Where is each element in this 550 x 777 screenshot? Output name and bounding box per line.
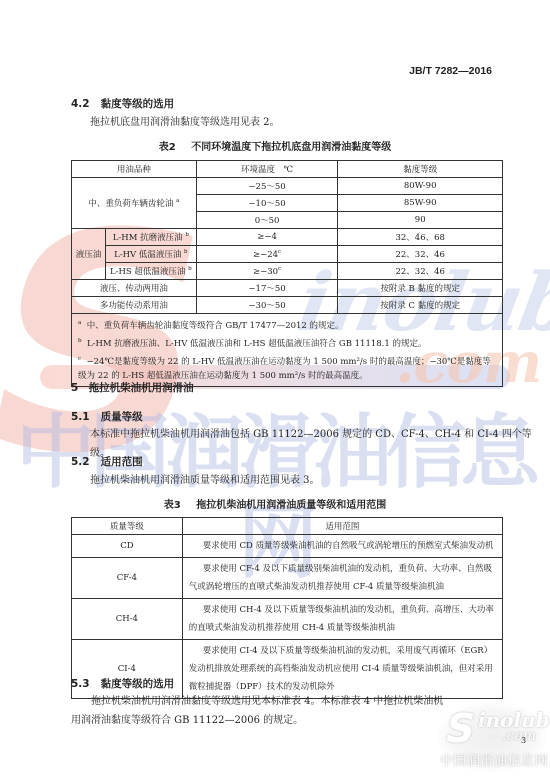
logo-site-name: 中国润滑油信息网 <box>440 750 548 769</box>
section-number: 4.2 <box>71 98 91 110</box>
footnote-mark: c <box>278 266 281 272</box>
table2-caption: 表2 不同环境温度下拖拉机底盘用润滑油黏度等级 <box>0 138 550 153</box>
footnote-mark: a <box>176 198 179 204</box>
column-header: 质量等级 <box>72 518 183 535</box>
oil-type-cell: L-HM 抗磨液压油 b <box>105 229 196 246</box>
footnote-mark: a <box>78 320 81 326</box>
oil-type-cell: 液压、传动两用油 <box>72 280 197 297</box>
scope-cell: 要求使用 CF-4 及以下质量级别柴油机油的发动机，重负荷、大功率、自然吸气或涡… <box>182 558 502 599</box>
grade-cell: 按附录 C 黏度的规定 <box>338 297 503 314</box>
footnote-mark: b <box>184 249 188 255</box>
table-row: CF-4 要求使用 CF-4 及以下质量级别柴油机油的发动机，重负荷、大功率、自… <box>72 558 503 599</box>
scope-cell: 要求使用 CH-4 及以下质量等级柴油机油的发动机，重负荷、高增压、大功率的直喷… <box>182 599 502 640</box>
grade-cell: 85W-90 <box>338 195 503 212</box>
section-5-2-heading: 5.2 适用范围 <box>71 454 143 469</box>
temp-value: ≥−24 <box>253 249 278 259</box>
table-row: L-HV 低温液压油 b ≥−24c 22、32、46 <box>72 246 503 263</box>
section-4-2-heading: 4.2 黏度等级的选用 <box>71 96 174 111</box>
section-5-1-heading: 5.1 质量等级 <box>71 409 143 424</box>
grade-cell: 32、46、68 <box>338 229 503 246</box>
section-title: 黏度等级的选用 <box>101 678 175 690</box>
table-row: 液压油 L-HM 抗磨液压油 b ≥−4 32、46、68 <box>72 229 503 246</box>
site-logo: S inolub .com 中国润滑油信息网 <box>438 702 546 772</box>
table-row: CD 要求使用 CD 质量等级柴油机油的自然吸气或涡轮增压的预燃室式柴油发动机 <box>72 535 503 558</box>
grade-cell: 22、32、46 <box>338 246 503 263</box>
temp-cell: −10～50 <box>196 195 338 212</box>
footnote-text: 中、重负荷车辆齿轮油黏度等级符合 GB/T 17477—2012 的规定。 <box>87 321 344 331</box>
table-row: 中、重负荷车辆齿轮油 a −25～50 80W-90 <box>72 178 503 195</box>
footnote-text: −24℃是黏度等级为 22 的 L-HV 低温液压油在运动黏度为 1 500 m… <box>78 356 491 381</box>
footnote-mark: b <box>78 338 82 344</box>
oil-type-label: L-HS 超低温液压油 <box>110 267 185 277</box>
oil-type-cell: 中、重负荷车辆齿轮油 a <box>72 178 197 229</box>
table-row: 液压、传动两用油 −17～50 按附录 B 黏度的规定 <box>72 280 503 297</box>
footnote-a: a 中、重负荷车辆齿轮油黏度等级符合 GB/T 17477—2012 的规定。 <box>78 316 496 334</box>
scope-text: 要求使用 CH-4 及以下质量等级柴油机油的发动机，重负荷、高增压、大功率的直喷… <box>189 605 494 633</box>
grade-cell: 22、32、46 <box>338 263 503 280</box>
oil-type-cell: L-HV 低温液压油 b <box>105 246 196 263</box>
caption-title: 拖拉机柴油机用润滑油质量等级和适用范围 <box>196 500 386 511</box>
logo-domain: .com <box>502 728 536 744</box>
temp-cell: −25～50 <box>196 178 338 195</box>
column-header: 环境温度 ℃ <box>196 161 338 178</box>
caption-number: 表3 <box>164 500 181 511</box>
table-row: L-HS 超低温液压油 b ≥−30c 22、32、46 <box>72 263 503 280</box>
footnote-mark: c <box>278 249 281 255</box>
oil-type-label: 中、重负荷车辆齿轮油 <box>88 199 173 209</box>
section-title: 黏度等级的选用 <box>101 98 175 110</box>
table-row: CH-4 要求使用 CH-4 及以下质量等级柴油机油的发动机，重负荷、高增压、大… <box>72 599 503 640</box>
grade-cell: CD <box>72 535 183 558</box>
logo-s-letter: S <box>441 706 480 752</box>
table3: 质量等级 适用范围 CD 要求使用 CD 质量等级柴油机油的自然吸气或涡轮增压的… <box>71 517 503 699</box>
column-header: 用油品种 <box>72 161 197 178</box>
table-row: 多功能传动系用油 −30～50 按附录 C 黏度的规定 <box>72 297 503 314</box>
section-title: 拖拉机柴油机用润滑油 <box>89 382 194 394</box>
page-number: 3 <box>521 736 526 745</box>
oil-type-cell: 多功能传动系用油 <box>72 297 197 314</box>
section-5-2-paragraph: 拖拉机柴油机用润滑油质量等级和适用范围见表 3。 <box>90 471 320 490</box>
temp-value: ≥−30 <box>253 266 278 276</box>
footnote-mark: b <box>185 232 189 238</box>
scope-text: 要求使用 CF-4 及以下质量级别柴油机油的发动机，重负荷、大功率、自然吸气或涡… <box>189 564 492 592</box>
table-notes-row: a 中、重负荷车辆齿轮油黏度等级符合 GB/T 17477—2012 的规定。 … <box>72 314 503 387</box>
footnote-mark: b <box>188 266 192 272</box>
grade-cell: CH-4 <box>72 599 183 640</box>
scope-cell: 要求使用 CI-4 及以下质量等级柴油机油的发动机，采用废气再循环（EGR）发动… <box>182 640 502 699</box>
footnote-text: L-HM 抗磨液压油、L-HV 低温液压油和 L-HS 超低温液压油符合 GB … <box>87 339 427 349</box>
section-number: 5 <box>71 382 85 394</box>
grade-cell: CF-4 <box>72 558 183 599</box>
temp-cell: 0～50 <box>196 212 338 229</box>
scope-text: 要求使用 CI-4 及以下质量等级柴油机油的发动机，采用废气再循环（EGR）发动… <box>189 646 493 692</box>
caption-number: 表2 <box>159 142 176 153</box>
oil-type-cell: L-HS 超低温液压油 b <box>105 263 196 280</box>
scope-cell: 要求使用 CD 质量等级柴油机油的自然吸气或涡轮增压的预燃室式柴油发动机 <box>182 535 502 558</box>
section-5-3-heading: 5.3 黏度等级的选用 <box>71 676 174 691</box>
section-number: 5.3 <box>71 678 91 690</box>
temp-cell: ≥−24c <box>196 246 338 263</box>
footnote-b: b L-HM 抗磨液压油、L-HV 低温液压油和 L-HS 超低温液压油符合 G… <box>78 334 496 352</box>
table3-caption: 表3 拖拉机柴油机用润滑油质量等级和适用范围 <box>0 496 550 511</box>
section-4-2-paragraph: 拖拉机底盘用润滑油黏度等级选用见表 2。 <box>90 113 280 132</box>
table-notes: a 中、重负荷车辆齿轮油黏度等级符合 GB/T 17477—2012 的规定。 … <box>72 314 503 387</box>
temp-cell: ≥−30c <box>196 263 338 280</box>
section-5-1-paragraph: 本标准中拖拉机柴油机用润滑油包括 GB 11122—2006 规定的 CD、CF… <box>90 425 550 463</box>
column-header: 适用范围 <box>182 518 502 535</box>
column-header: 黏度等级 <box>338 161 503 178</box>
oil-type-label: L-HV 低温液压油 <box>114 250 181 260</box>
group-label-cell: 液压油 <box>72 229 106 280</box>
table-header-row: 质量等级 适用范围 <box>72 518 503 535</box>
section-5-3-paragraph: 拖拉机柴油机用润滑油黏度等级选用见本标准表 4。本标准表 4 中拖拉机柴油机用润… <box>71 692 451 730</box>
section-title: 适用范围 <box>101 456 143 468</box>
scope-text: 要求使用 CD 质量等级柴油机油的自然吸气或涡轮增压的预燃室式柴油发动机 <box>203 541 494 551</box>
section-number: 5.2 <box>71 456 91 468</box>
footnote-mark: c <box>78 356 81 362</box>
temp-cell: −30～50 <box>196 297 338 314</box>
section-title: 质量等级 <box>101 411 143 423</box>
grade-cell: 80W-90 <box>338 178 503 195</box>
section-number: 5.1 <box>71 411 91 423</box>
oil-type-label: L-HM 抗磨液压油 <box>113 233 183 243</box>
document-page: JB/T 7282—2016 4.2 黏度等级的选用 拖拉机底盘用润滑油黏度等级… <box>0 0 550 777</box>
grade-cell: 90 <box>338 212 503 229</box>
temp-value: ≥−4 <box>257 232 277 242</box>
standard-code: JB/T 7282—2016 <box>409 65 492 77</box>
temp-cell: −17～50 <box>196 280 338 297</box>
caption-title: 不同环境温度下拖拉机底盘用润滑油黏度等级 <box>191 142 391 153</box>
section-5-heading: 5 拖拉机柴油机用润滑油 <box>71 380 194 395</box>
grade-cell: 按附录 B 黏度的规定 <box>338 280 503 297</box>
table-header-row: 用油品种 环境温度 ℃ 黏度等级 <box>72 161 503 178</box>
table2: 用油品种 环境温度 ℃ 黏度等级 中、重负荷车辆齿轮油 a −25～50 80W… <box>71 160 503 387</box>
temp-cell: ≥−4 <box>196 229 338 246</box>
